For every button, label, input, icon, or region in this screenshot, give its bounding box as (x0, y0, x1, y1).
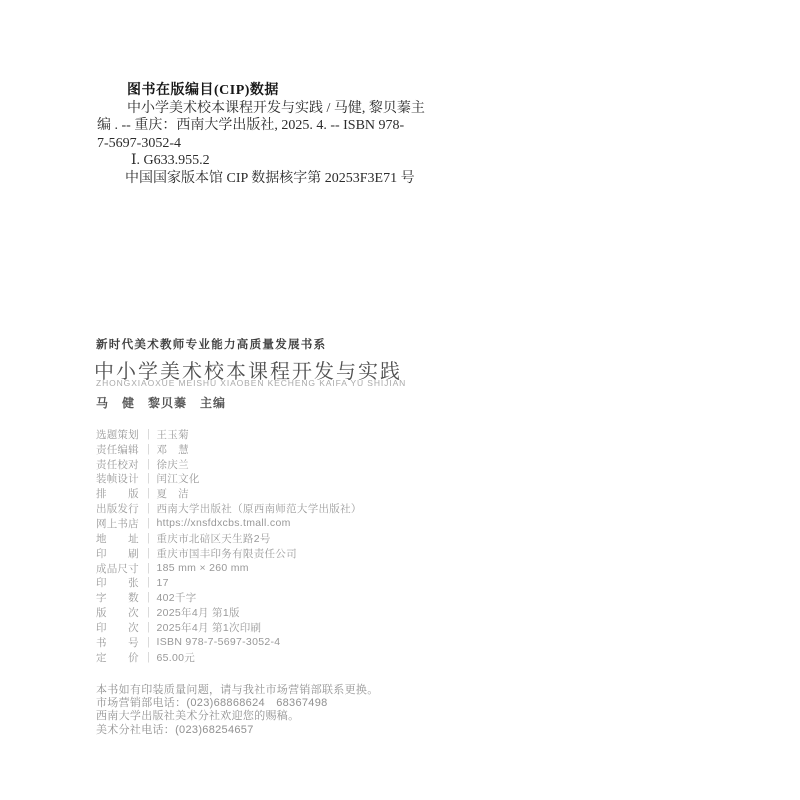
row-separator: ｜ (143, 546, 154, 561)
row-separator: ｜ (143, 620, 154, 635)
row-label: 定 价 (96, 650, 140, 665)
row-value: 闰江文化 (157, 471, 200, 486)
row-label: 地 址 (96, 531, 140, 546)
row-separator: ｜ (143, 442, 154, 457)
colophon-row-impression: 印 次 ｜ 2025年4月 第1次印刷 (96, 620, 362, 635)
book-title-pinyin: ZHONGXIAOXUE MEISHU XIAOBEN KECHENG KAIF… (96, 378, 406, 388)
row-label: 印 张 (96, 575, 140, 590)
colophon-row-publisher: 出版发行 ｜ 西南大学出版社（原西南师范大学出版社） (96, 501, 362, 516)
cip-line: 编 . -- 重庆：西南大学出版社, 2025. 4. -- ISBN 978- (97, 117, 537, 135)
row-label: 责任编辑 (96, 442, 140, 457)
cip-lines: 中小学美术校本课程开发与实践 / 马健, 黎贝蓁主 编 . -- 重庆：西南大学… (97, 100, 537, 188)
row-separator: ｜ (143, 635, 154, 650)
row-label: 书 号 (96, 635, 140, 650)
row-separator: ｜ (143, 561, 154, 576)
row-label: 选题策划 (96, 427, 140, 442)
cip-block: 图书在版编目(CIP)数据 中小学美术校本课程开发与实践 / 马健, 黎贝蓁主 … (97, 82, 537, 187)
row-value: 西南大学出版社（原西南师范大学出版社） (157, 501, 362, 516)
row-label: 装帧设计 (96, 471, 140, 486)
row-separator: ｜ (143, 575, 154, 590)
notice-block: 本书如有印装质量问题，请与我社市场营销部联系更换。 市场营销部电话：(023)6… (96, 684, 379, 737)
cip-line: Ⅰ. G633.955.2 (97, 152, 537, 170)
row-separator: ｜ (143, 516, 154, 531)
row-value: 夏 洁 (157, 486, 189, 501)
row-separator: ｜ (143, 501, 154, 516)
colophon-row-isbn: 书 号 ｜ ISBN 978-7-5697-3052-4 (96, 635, 362, 650)
colophon-row-sheets: 印 张 ｜ 17 (96, 575, 362, 590)
row-value: https://xnsfdxcbs.tmall.com (157, 517, 291, 529)
notice-line: 美术分社电话：(023)68254657 (96, 724, 379, 737)
colophon-row-edition: 版 次 ｜ 2025年4月 第1版 (96, 605, 362, 620)
colophon-row-topic-planner: 选题策划 ｜ 王玉菊 (96, 427, 362, 442)
colophon-list: 选题策划 ｜ 王玉菊 责任编辑 ｜ 邓 慧 责任校对 ｜ 徐庆兰 装帧设计 ｜ … (96, 427, 362, 665)
cip-line: 中小学美术校本课程开发与实践 / 马健, 黎贝蓁主 (97, 100, 537, 118)
row-value: 2025年4月 第1次印刷 (157, 620, 262, 635)
row-value: 2025年4月 第1版 (157, 605, 240, 620)
cip-heading: 图书在版编目(CIP)数据 (97, 82, 537, 100)
notice-line: 本书如有印装质量问题，请与我社市场营销部联系更换。 (96, 684, 379, 697)
colophon-row-typesetting: 排 版 ｜ 夏 洁 (96, 486, 362, 501)
colophon-row-proofreader: 责任校对 ｜ 徐庆兰 (96, 457, 362, 472)
row-value: 邓 慧 (157, 442, 189, 457)
row-separator: ｜ (143, 427, 154, 442)
row-label: 印 刷 (96, 546, 140, 561)
row-value: 17 (157, 577, 169, 589)
row-separator: ｜ (143, 486, 154, 501)
colophon-row-design: 装帧设计 ｜ 闰江文化 (96, 472, 362, 487)
row-label: 版 次 (96, 605, 140, 620)
row-value: 重庆市北碚区天生路2号 (157, 531, 271, 546)
row-label: 网上书店 (96, 516, 140, 531)
row-separator: ｜ (143, 590, 154, 605)
row-label: 排 版 (96, 486, 140, 501)
notice-line: 市场营销部电话：(023)68868624 68367498 (96, 697, 379, 710)
row-separator: ｜ (143, 457, 154, 472)
row-label: 责任校对 (96, 457, 140, 472)
authors-line: 马 健 黎贝蓁 主编 (96, 394, 226, 411)
row-value: 185 mm × 260 mm (157, 562, 249, 574)
row-separator: ｜ (143, 471, 154, 486)
row-value: 王玉菊 (157, 427, 189, 442)
row-label: 出版发行 (96, 501, 140, 516)
cip-line: 7-5697-3052-4 (97, 135, 537, 153)
row-label: 印 次 (96, 620, 140, 635)
colophon-row-online-store: 网上书店 ｜ https://xnsfdxcbs.tmall.com (96, 516, 362, 531)
colophon-row-address: 地 址 ｜ 重庆市北碚区天生路2号 (96, 531, 362, 546)
colophon-row-size: 成品尺寸 ｜ 185 mm × 260 mm (96, 561, 362, 576)
row-value: 徐庆兰 (157, 457, 189, 472)
cip-line: 中国国家版本馆 CIP 数据核字第 20253F3E71 号 (97, 170, 537, 188)
notice-line: 西南大学出版社美术分社欢迎您的赐稿。 (96, 710, 379, 723)
colophon-row-editor: 责任编辑 ｜ 邓 慧 (96, 442, 362, 457)
book-copyright-page: 图书在版编目(CIP)数据 中小学美术校本课程开发与实践 / 马健, 黎贝蓁主 … (0, 0, 800, 800)
colophon-row-word-count: 字 数 ｜ 402千字 (96, 590, 362, 605)
colophon-row-printer: 印 刷 ｜ 重庆市国丰印务有限责任公司 (96, 546, 362, 561)
row-label: 字 数 (96, 590, 140, 605)
series-title: 新时代美术教师专业能力高质量发展书系 (96, 336, 326, 352)
row-value: 65.00元 (157, 650, 196, 665)
row-value: 重庆市国丰印务有限责任公司 (157, 546, 297, 561)
row-label: 成品尺寸 (96, 561, 140, 576)
row-separator: ｜ (143, 650, 154, 665)
colophon-row-price: 定 价 ｜ 65.00元 (96, 650, 362, 665)
row-value: ISBN 978-7-5697-3052-4 (157, 636, 281, 648)
row-value: 402千字 (157, 590, 197, 605)
row-separator: ｜ (143, 531, 154, 546)
row-separator: ｜ (143, 605, 154, 620)
